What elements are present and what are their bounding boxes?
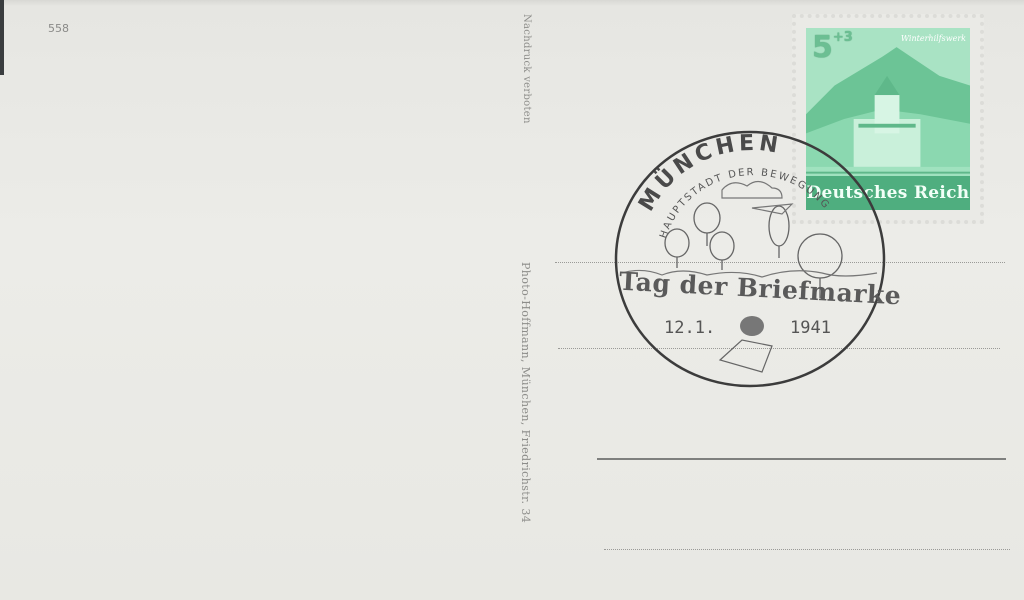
card-top-shadow	[0, 0, 1024, 6]
serial-number: 558	[48, 22, 69, 35]
publisher-imprint: Photo-Hoffmann, München, Friedrichstr. 3…	[519, 262, 532, 523]
eagle-emblem-icon	[720, 316, 772, 372]
address-line-4	[604, 549, 1010, 550]
address-line-3	[597, 458, 1006, 460]
card-corner-shadow	[0, 0, 4, 75]
stamp-series-caption: Winterhilfswerk	[901, 34, 966, 43]
stamp-value-number: 5	[812, 30, 833, 65]
postmark-year: 1941	[790, 318, 831, 338]
stamp-surcharge: +3	[833, 30, 853, 45]
postmark-date: 12.1.	[664, 318, 715, 338]
copyright-notice: Nachdruck verboten	[521, 14, 532, 124]
stamp-value: 5+3	[812, 30, 853, 65]
postmark-cancellation: MÜNCHEN HAUPTSTADT DER BEWEGUNG	[612, 128, 888, 390]
